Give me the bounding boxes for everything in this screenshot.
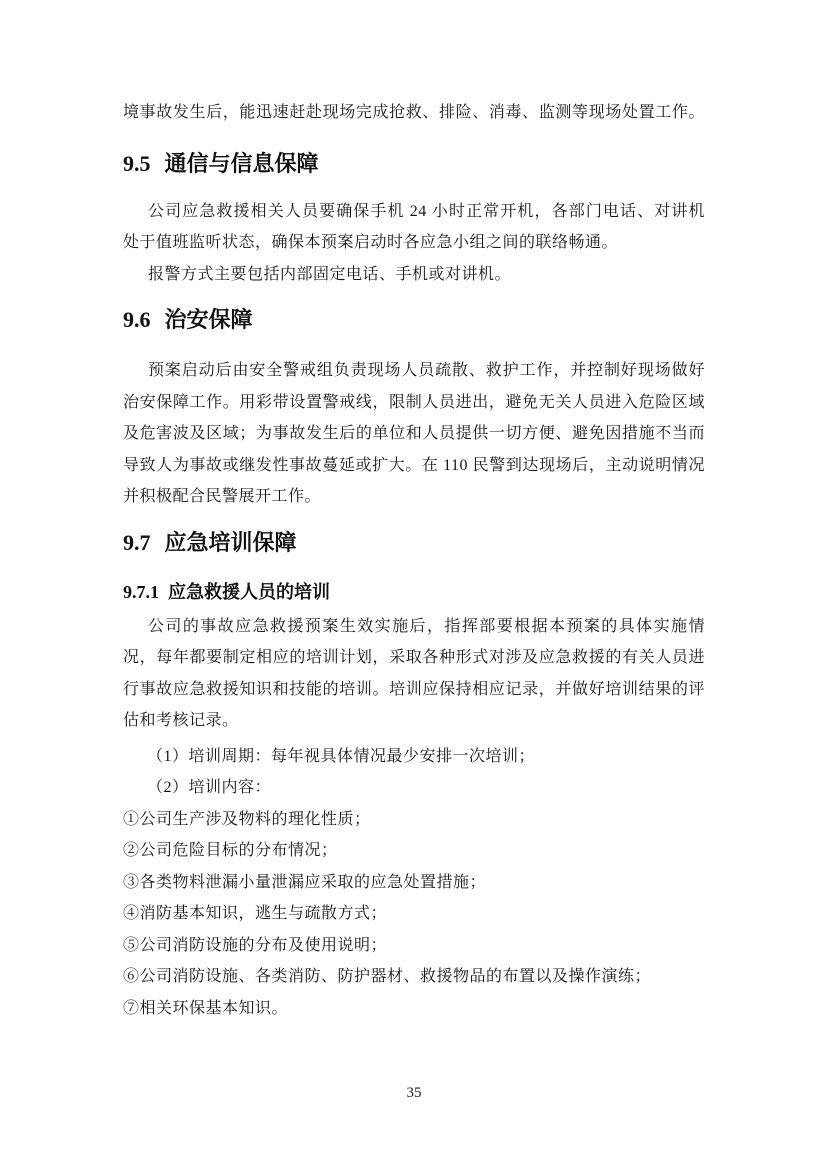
- text-line: ④消防基本知识，逃生与疏散方式；: [123, 898, 705, 930]
- document-page: 境事故发生后，能迅速赶赴现场完成抢救、排险、消毒、监测等现场处置工作。 9.5通…: [0, 0, 826, 1169]
- section-9-5-paragraph-2: 报警方式主要包括内部固定电话、手机或对讲机。: [123, 259, 705, 291]
- section-heading-9-7-1: 9.7.1应急救援人员的培训: [123, 577, 705, 607]
- heading-title: 通信与信息保障: [165, 151, 319, 176]
- text-line: 况，每年都要制定相应的培训计划，采取各种形式对涉及应急救援的有关人员进: [123, 642, 705, 674]
- heading-number: 9.7: [123, 530, 151, 555]
- text-line: 并积极配合民警展开工作。: [123, 481, 705, 513]
- text-line: ②公司危险目标的分布情况；: [123, 835, 705, 867]
- training-numbered-list: （1）培训周期：每年视具体情况最少安排一次培训；（2）培训内容：: [123, 741, 705, 804]
- text-line: 治安保障工作。用彩带设置警戒线，限制人员进出，避免无关人员进入危险区域: [123, 387, 705, 419]
- section-9-7-1-paragraph-1: 公司的事故应急救援预案生效实施后，指挥部要根据本预案的具体实施情况，每年都要制定…: [123, 611, 705, 737]
- section-heading-9-6: 9.6治安保障: [123, 305, 705, 335]
- text-line: 报警方式主要包括内部固定电话、手机或对讲机。: [123, 259, 705, 291]
- text-line: 估和考核记录。: [123, 705, 705, 737]
- text-line: 公司的事故应急救援预案生效实施后，指挥部要根据本预案的具体实施情: [123, 611, 705, 643]
- heading-title: 应急救援人员的培训: [168, 582, 330, 602]
- section-heading-9-7: 9.7应急培训保障: [123, 528, 705, 558]
- text-line: 行事故应急救援知识和技能的培训。培训应保持相应记录，并做好培训结果的评: [123, 674, 705, 706]
- heading-number: 9.5: [123, 151, 151, 176]
- text-line: 导致人为事故或继发性事故蔓延或扩大。在 110 民警到达现场后，主动说明情况: [123, 450, 705, 482]
- text-line: ⑦相关环保基本知识。: [123, 993, 705, 1025]
- page-content: 境事故发生后，能迅速赶赴现场完成抢救、排险、消毒、监测等现场处置工作。 9.5通…: [0, 97, 826, 1103]
- text-line: 预案启动后由安全警戒组负责现场人员疏散、救护工作，并控制好现场做好: [123, 355, 705, 387]
- page-number: 35: [123, 1083, 705, 1103]
- text-line: （2）培训内容：: [123, 772, 705, 804]
- text-line: 及危害波及区域；为事故发生后的单位和人员提供一切方便、避免因措施不当而: [123, 418, 705, 450]
- text-line: 公司应急救援相关人员要确保手机 24 小时正常开机，各部门电话、对讲机: [123, 196, 705, 228]
- heading-title: 治安保障: [165, 307, 253, 332]
- text-line: ①公司生产涉及物料的理化性质；: [123, 804, 705, 836]
- text-line: ⑤公司消防设施的分布及使用说明；: [123, 930, 705, 962]
- section-heading-9-5: 9.5通信与信息保障: [123, 149, 705, 179]
- heading-number: 9.7.1: [123, 582, 159, 602]
- text-line: ③各类物料泄漏小量泄漏应采取的应急处置措施；: [123, 867, 705, 899]
- text-line: ⑥公司消防设施、各类消防、防护器材、救援物品的布置以及操作演练；: [123, 961, 705, 993]
- heading-title: 应急培训保障: [165, 530, 297, 555]
- training-content-circled-list: ①公司生产涉及物料的理化性质；②公司危险目标的分布情况；③各类物料泄漏小量泄漏应…: [123, 804, 705, 1025]
- text-line: 处于值班监听状态，确保本预案启动时各应急小组之间的联络畅通。: [123, 227, 705, 259]
- intro-continuation-paragraph: 境事故发生后，能迅速赶赴现场完成抢救、排险、消毒、监测等现场处置工作。: [123, 97, 705, 129]
- text-line: （1）培训周期：每年视具体情况最少安排一次培训；: [123, 741, 705, 773]
- section-9-5-paragraph-1: 公司应急救援相关人员要确保手机 24 小时正常开机，各部门电话、对讲机处于值班监…: [123, 196, 705, 259]
- section-9-6-paragraph-1: 预案启动后由安全警戒组负责现场人员疏散、救护工作，并控制好现场做好治安保障工作。…: [123, 355, 705, 513]
- heading-number: 9.6: [123, 307, 151, 332]
